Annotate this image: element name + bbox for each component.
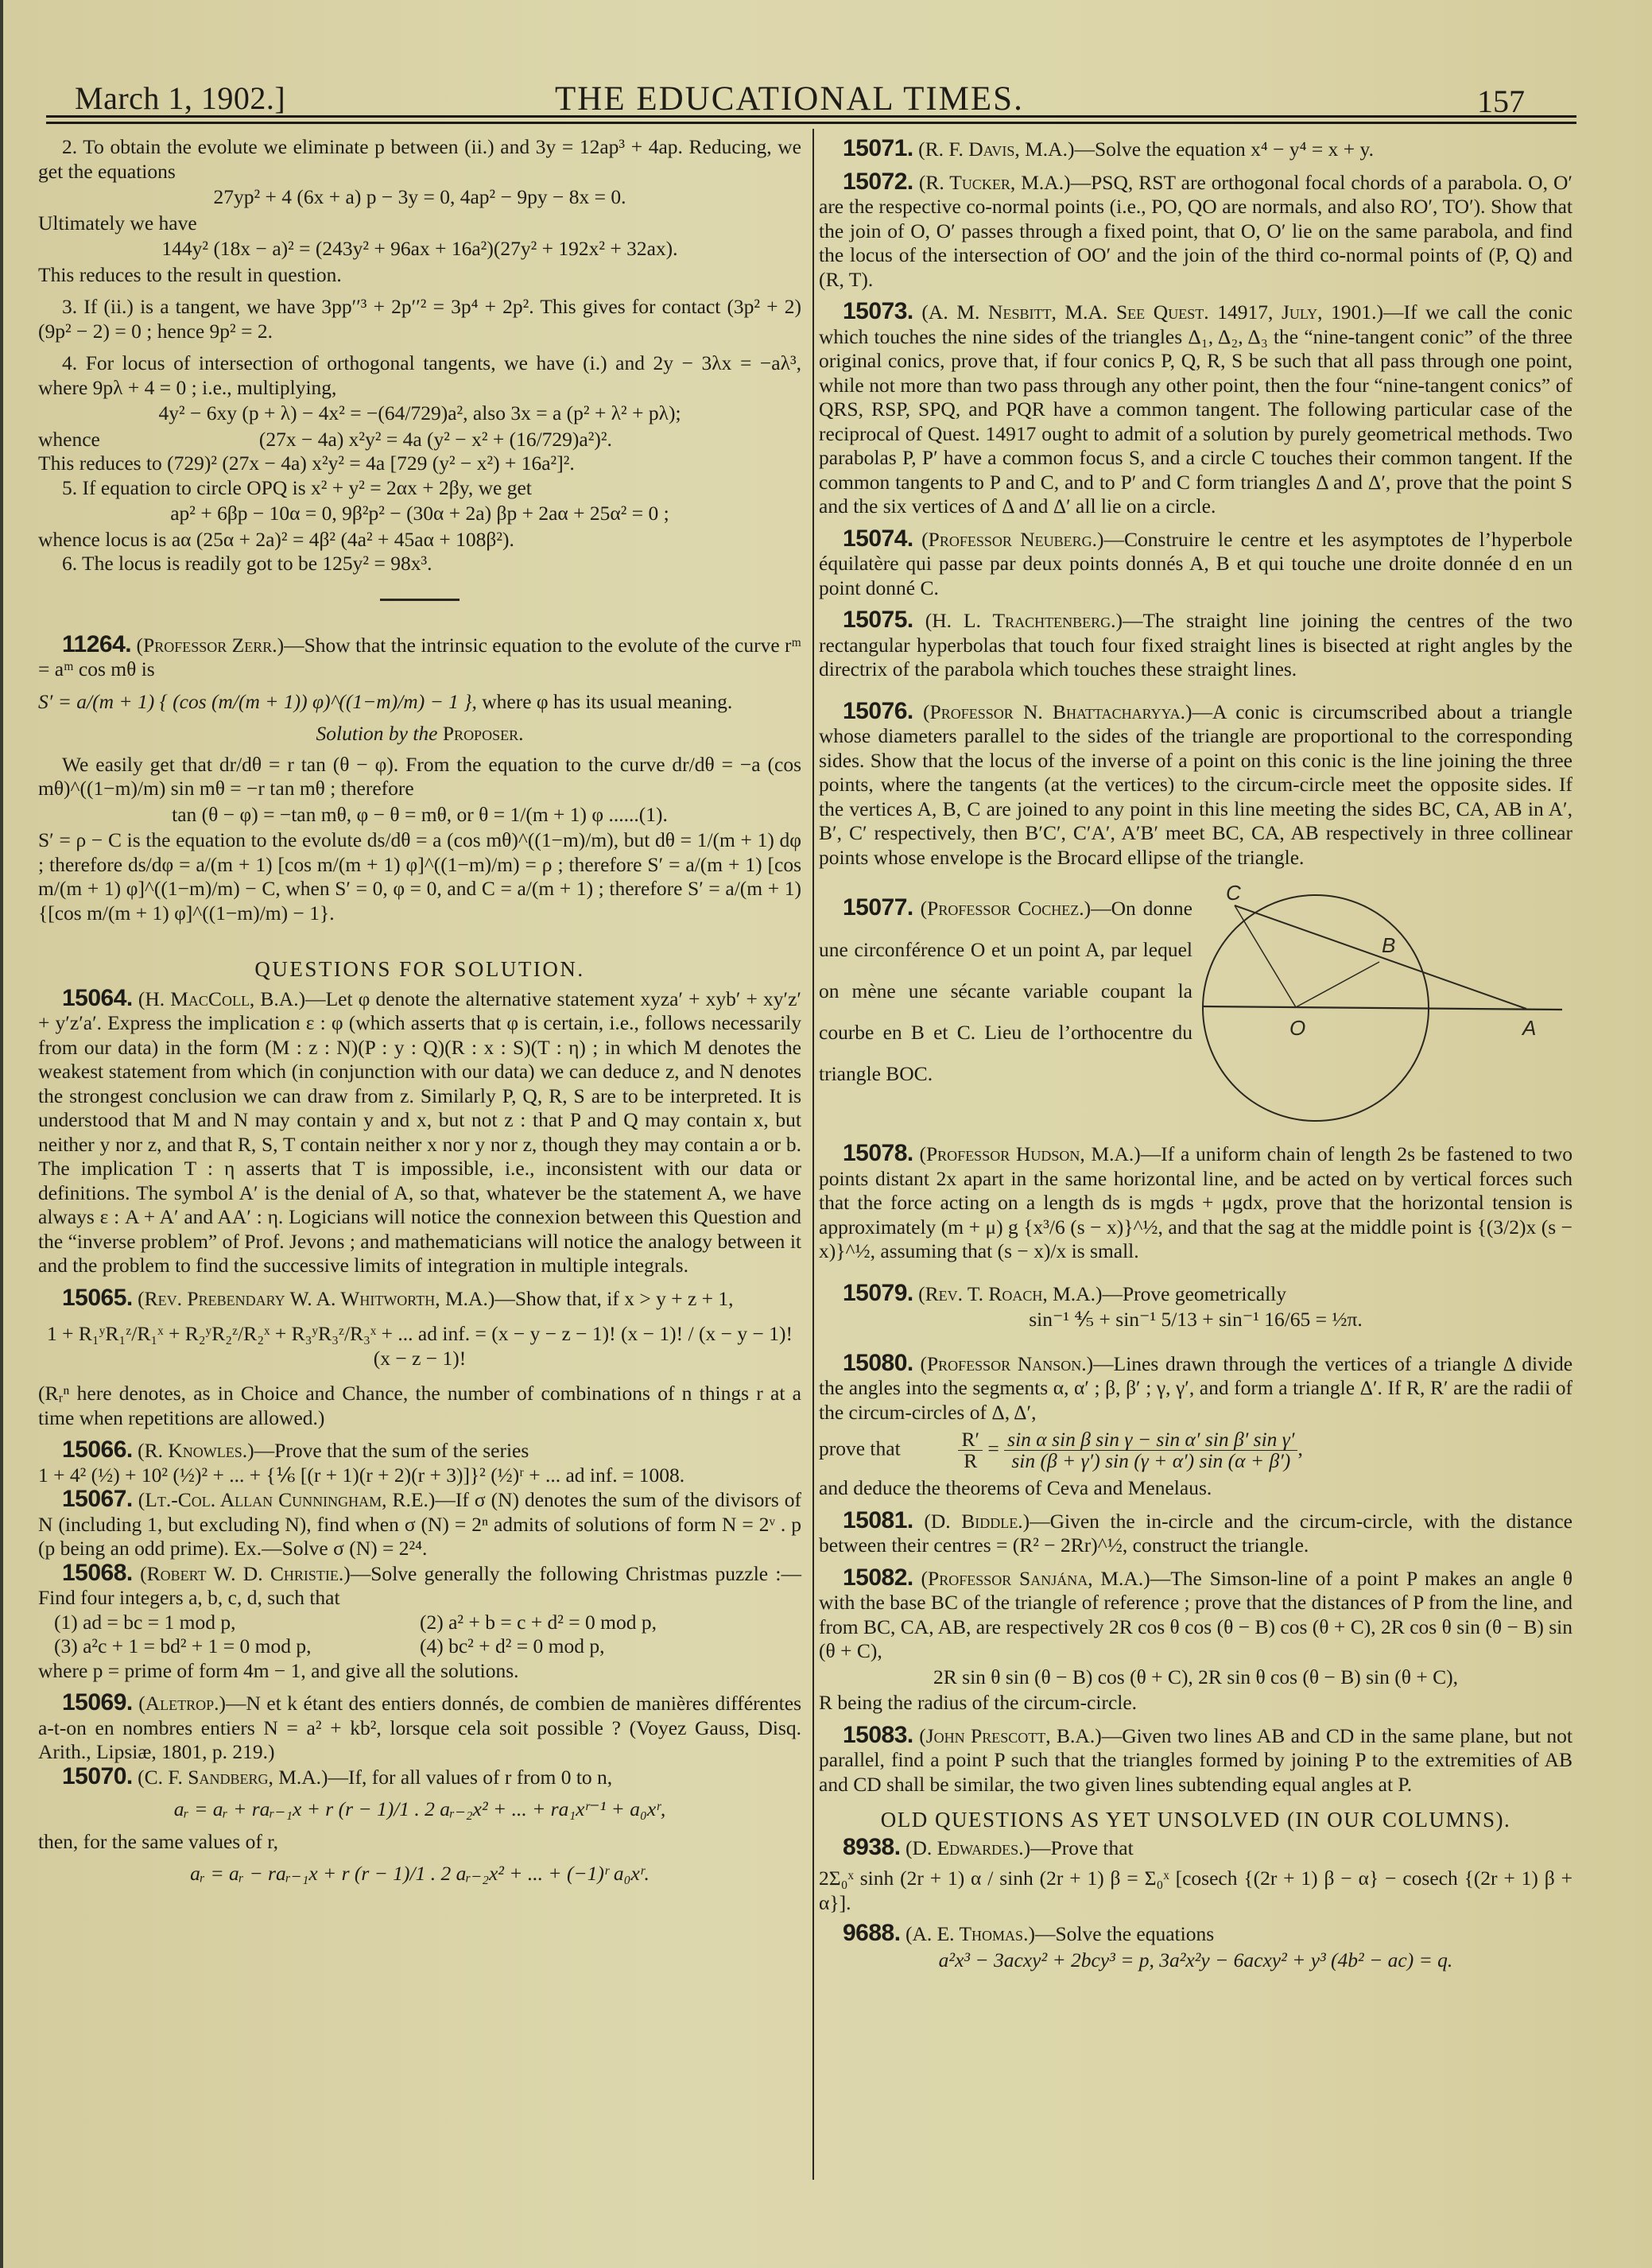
paragraph: and deduce the theorems of Ceva and Mene… [819, 1476, 1573, 1501]
issue-date: March 1, 1902.] [75, 79, 285, 117]
label-C: C [1226, 882, 1241, 905]
equation-row: S′ = a/(m + 1) { (cos (m/(m + 1)) φ)^((1… [38, 690, 801, 715]
label-A: A [1521, 1016, 1536, 1040]
solution-part-2: 2. To obtain the evolute we eliminate p … [38, 135, 801, 184]
question-number: 11264. [62, 631, 131, 657]
left-column: 2. To obtain the evolute we eliminate p … [38, 135, 801, 1894]
page-edge [0, 0, 3, 2268]
question-15074: 15074. (Professor Neuberg.)—Construire l… [819, 527, 1573, 601]
question-15064: 15064. (H. MacColl, B.A.)—Let φ denote t… [38, 987, 801, 1278]
question-15066: 15066. (R. Knowles.)—Prove that the sum … [38, 1438, 801, 1464]
equation: whence locus is aα (25α + 2a)² = 4β² (4a… [38, 528, 801, 552]
question-15082: 15082. (Professor Sanjána, M.A.)—The Sim… [819, 1566, 1573, 1664]
paragraph: Ultimately we have [38, 211, 801, 236]
fraction: R′R [958, 1429, 983, 1471]
solution-part-5: 5. If equation to circle OPQ is x² + y² … [38, 476, 801, 501]
header-rule-bottom [46, 122, 1576, 124]
fraction: sin α sin β sin γ − sin α′ sin β′ sin γ′… [1004, 1429, 1297, 1471]
question-15080: 15080. (Professor Nanson.)—Lines drawn t… [819, 1351, 1573, 1425]
journal-title: THE EDUCATIONAL TIMES. [555, 79, 1024, 118]
question-15069: 15069. (Aletrop.)—N et k étant des entie… [38, 1691, 801, 1765]
question-15071: 15071. (R. F. Davis, M.A.)—Solve the equ… [819, 137, 1573, 162]
question-8938: 8938. (D. Edwardes.)—Prove that [819, 1836, 1573, 1861]
solution-paragraph: S′ = ρ − C is the equation to the evolut… [38, 828, 801, 925]
condition-row: (1) ad = bc = 1 mod p, (2) a² + b = c + … [38, 1611, 801, 1635]
question-15075: 15075. (H. L. Trachtenberg.)—The straigh… [819, 608, 1573, 682]
equation: aᵣ = aᵣ + raᵣ₋₁x + r (r − 1)/1 . 2 aᵣ₋₂x… [38, 1797, 801, 1822]
question-15083: 15083. (John Prescott, B.A.)—Given two l… [819, 1723, 1573, 1797]
equation: sin⁻¹ ⅘ + sin⁻¹ 5/13 + sin⁻¹ 16/65 = ½π. [819, 1308, 1573, 1332]
masthead: March 1, 1902.] THE EDUCATIONAL TIMES. 1… [46, 79, 1573, 119]
separator-rule [380, 599, 460, 601]
label-B: B [1382, 933, 1395, 957]
equation: tan (θ − φ) = −tan mθ, φ − θ = mθ, or θ … [38, 803, 801, 828]
equation: a²x³ − 3acxy² + 2bcy³ = p, 3a²x²y − 6acx… [819, 1948, 1573, 1973]
solution-part-4: 4. For locus of intersection of orthogon… [38, 351, 801, 400]
column-divider [812, 129, 814, 2180]
equation-row: prove that R′R = sin α sin β sin γ − sin… [819, 1429, 1573, 1471]
question-15068: 15068. (Robert W. D. Christie.)—Solve ge… [38, 1561, 801, 1611]
paragraph: then, for the same values of r, [38, 1830, 801, 1855]
section-heading-old-questions: OLD QUESTIONS AS YET UNSOLVED (IN OUR CO… [819, 1808, 1573, 1832]
solution-part-6: 6. The locus is readily got to be 125y² … [38, 552, 801, 576]
condition-row: (3) a²c + 1 = bd² + 1 = 0 mod p, (4) bc²… [38, 1634, 801, 1659]
solution-heading: Solution by the Proposer. [38, 722, 801, 746]
circle-secant-figure: C B O A [1200, 882, 1574, 1129]
paragraph: where p = prime of form 4m − 1, and give… [38, 1659, 801, 1684]
question-15072: 15072. (R. Tucker, M.A.)—PSQ, RST are or… [819, 170, 1573, 293]
note: (Rᵣⁿ here denotes, as in Choice and Chan… [38, 1382, 801, 1430]
question-15077: 15077. (Professor Cochez.)—On donne une … [819, 887, 1573, 1134]
equation: aᵣ = aᵣ − raᵣ₋₁x + r (r − 1)/1 . 2 aᵣ₋₂x… [38, 1862, 801, 1886]
solution-part-3: 3. If (ii.) is a tangent, we have 3pp′′³… [38, 295, 801, 343]
equation: S′ = a/(m + 1) { (cos (m/(m + 1)) φ)^((1… [38, 690, 477, 713]
page-number: 157 [1477, 83, 1525, 120]
question-15067: 15067. (Lt.-Col. Allan Cunningham, R.E.)… [38, 1487, 801, 1561]
question-9688: 9688. (A. E. Thomas.)—Solve the equation… [819, 1921, 1573, 1947]
question-15081: 15081. (D. Biddle.)—Given the in-circle … [819, 1509, 1573, 1558]
question-15079: 15079. (Rev. T. Roach, M.A.)—Prove geome… [819, 1281, 1573, 1307]
question-11264: 11264. (Professor Zerr.)—Show that the i… [38, 633, 801, 682]
equation: ap² + 6βp − 10α = 0, 9β²p² − (30α + 2a) … [38, 502, 801, 526]
equation: This reduces to (729)² (27x − 4a) x²y² =… [38, 452, 801, 476]
equation-tail: where φ has its usual meaning. [482, 690, 732, 713]
paragraph: R being the radius of the circum-circle. [819, 1691, 1573, 1716]
question-15073: 15073. (A. M. Nesbitt, M.A. See Quest. 1… [819, 300, 1573, 519]
equation: 2R sin θ sin (θ − B) cos (θ + C), 2R sin… [819, 1665, 1573, 1690]
solution-paragraph: We easily get that dr/dθ = r tan (θ − φ)… [38, 753, 801, 801]
section-heading-questions: QUESTIONS FOR SOLUTION. [38, 957, 801, 982]
question-author: (Professor Zerr.) [137, 634, 285, 657]
question-15070: 15070. (C. F. Sandberg, M.A.)—If, for al… [38, 1765, 801, 1790]
right-column: 15071. (R. F. Davis, M.A.)—Solve the equ… [819, 137, 1573, 1974]
paragraph: This reduces to the result in question. [38, 263, 801, 288]
equation: 144y² (18x − a)² = (243y² + 96ax + 16a²)… [38, 237, 801, 262]
whence-label: whence [38, 428, 100, 451]
equation: 4y² − 6xy (p + λ) − 4x² = −(64/729)a², a… [38, 401, 801, 426]
question-15078: 15078. (Professor Hudson, M.A.)—If a uni… [819, 1142, 1573, 1264]
label-O: O [1289, 1016, 1305, 1040]
equation: 27yp² + 4 (6x + a) p − 3y = 0, 4ap² − 9p… [38, 185, 801, 210]
equation: 1 + R₁ʸR₁ᶻ/R₁ˣ + R₂ʸR₂ᶻ/R₂ˣ + R₃ʸR₃ᶻ/R₃ˣ… [38, 1322, 801, 1370]
question-15065: 15065. (Rev. Prebendary W. A. Whitworth,… [38, 1286, 801, 1312]
equation: 2Σ₀ˣ sinh (2r + 1) α / sinh (2r + 1) β =… [819, 1867, 1573, 1915]
equation: 1 + 4² (½) + 10² (½)² + ... + {⅙ [(r + 1… [38, 1464, 801, 1488]
equation: (27x − 4a) x²y² = 4a (y² − x² + (16/729)… [259, 428, 612, 451]
question-15076: 15076. (Professor N. Bhattacharyya.)—A c… [819, 700, 1573, 870]
header-rule-top [46, 115, 1576, 118]
